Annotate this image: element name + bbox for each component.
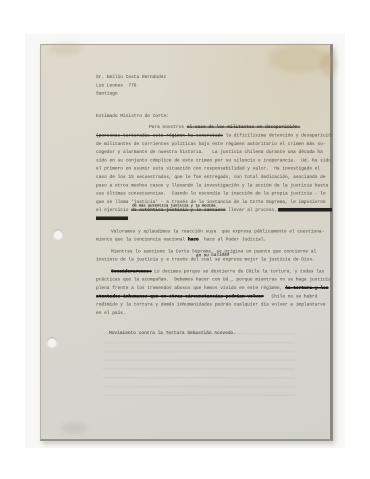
text-run: el ejercicio bbox=[96, 208, 131, 213]
paragraph-4: Consideraremos: Lo decimos porque se des… bbox=[96, 267, 332, 317]
recipient-address: Sr. Emilio Costa Hernández Los Leones 77… bbox=[96, 73, 332, 98]
struck-text: el caso de los militantes en desaparició… bbox=[187, 125, 300, 130]
letter-line: prácticas que la acompañan. Debemos hace… bbox=[96, 276, 332, 284]
text-run: en el país. bbox=[96, 310, 126, 315]
redaction-bar bbox=[96, 217, 128, 221]
letter-line: miento que la conciencia nacional hace h… bbox=[96, 236, 332, 244]
letter-line: Valoramos y aplaudimos la reacción suya … bbox=[96, 227, 332, 235]
struck-text: la tortura y los bbox=[285, 286, 328, 291]
recipient-name: Sr. Emilio Costa Hernández bbox=[96, 73, 332, 81]
paragraph-3: Mientras lo sancione la Corte Suprema, s… bbox=[96, 247, 332, 264]
letter-line: caso de los 15 secuestrados, que le fue … bbox=[96, 173, 332, 181]
paragraph-1: Para nosotros el caso de los militantes … bbox=[96, 123, 332, 223]
letter-line: redimido y la tortura y demás inhumanida… bbox=[96, 301, 332, 309]
struck-text: atentados inhumanos que en otras circuns… bbox=[96, 294, 263, 299]
letter-line: sido en su conjunto cómplice de este cri… bbox=[96, 156, 332, 164]
letter-line: Consideraremos: Lo decimos porque se des… bbox=[96, 267, 332, 275]
letter-line: (personas torturadas este régimen ha con… bbox=[96, 131, 332, 139]
text-run: Valoramos y aplaudimos la reacción suya … bbox=[111, 229, 324, 234]
overtyped-text: hace bbox=[188, 237, 199, 242]
signature-line: Movimiento contra la Tortura Sebastián A… bbox=[96, 329, 332, 337]
text-run: Estimado Ministro de Corte: bbox=[96, 113, 169, 118]
letter-line: atentados inhumanos que en otras circuns… bbox=[96, 292, 332, 300]
text-run: sido en su conjunto cómplice de este cri… bbox=[96, 158, 331, 163]
typed-insertion: de más auténtica justicia y la medida bbox=[132, 202, 215, 210]
text-run: Chile no se habrá bbox=[263, 294, 317, 299]
handwritten-annotation: en su calidad bbox=[196, 251, 229, 260]
letter-content: Sr. Emilio Costa Hernández Los Leones 77… bbox=[96, 73, 332, 421]
text-run: Movimiento contra la Tortura Sebastián A… bbox=[109, 331, 236, 336]
text-run: caso de los 15 secuestrados, que le fue … bbox=[96, 174, 326, 179]
paragraph-2: Valoramos y aplaudimos la reacción suya … bbox=[96, 227, 332, 244]
letter-line: sus últimas consecuencias. Cuando lo esc… bbox=[96, 190, 332, 198]
text-run: sus últimas consecuencias. Cuando lo esc… bbox=[96, 191, 326, 196]
letter-line: paso a otros muchos casos y llevando la … bbox=[96, 181, 332, 189]
text-run: Para nosotros bbox=[149, 125, 187, 130]
letter-page: Sr. Emilio Costa Hernández Los Leones 77… bbox=[40, 44, 333, 441]
text-run: cogedor y alarmante de nuestra historia.… bbox=[96, 150, 323, 155]
recipient-city: Santiago bbox=[96, 90, 332, 98]
text-run: Los Leones 776 bbox=[96, 83, 137, 88]
text-run: la dificilísima detención y desaparición bbox=[223, 133, 332, 138]
text-run: llevar al proceso, bbox=[226, 208, 277, 213]
text-run: Sr. Emilio Costa Hernández bbox=[96, 75, 166, 80]
salutation: Estimado Ministro de Corte: bbox=[96, 112, 332, 120]
text-run: el primero en asumir esta situación con … bbox=[96, 166, 320, 171]
letter-line: de más auténtica justicia y la medidael … bbox=[96, 206, 332, 214]
text-run: de militantes de corrientes políticas ba… bbox=[96, 141, 326, 146]
letter-line: el primero en asumir esta situación con … bbox=[96, 165, 332, 173]
text-run: prácticas que la acompañan. Debemos hace… bbox=[96, 277, 331, 282]
text-run: Lo decimos porque se destierre de Chile … bbox=[152, 269, 325, 274]
hole-punch-top bbox=[53, 229, 63, 239]
text-run: plena frente a los tremendos abusos que … bbox=[96, 286, 285, 291]
text-run: miento que la conciencia nacional bbox=[96, 237, 188, 242]
letter-line: cogedor y alarmante de nuestra historia.… bbox=[96, 148, 332, 156]
letter-line: en su calidadinstinto de la justicia y a… bbox=[96, 256, 332, 264]
text-run: Santiago bbox=[96, 91, 118, 96]
letter-line: Para nosotros el caso de los militantes … bbox=[96, 123, 332, 131]
text-run: redimido y la tortura y demás inhumanida… bbox=[96, 302, 326, 307]
letter-line: plena frente a los tremendos abusos que … bbox=[96, 284, 332, 292]
struck-text: Consideraremos: bbox=[111, 269, 152, 274]
text-run: paso a otros muchos casos y llevando la … bbox=[96, 183, 328, 188]
letter-line: de militantes de corrientes políticas ba… bbox=[96, 140, 332, 148]
recipient-street: Los Leones 776 bbox=[96, 81, 332, 89]
struck-text: (personas torturadas este régimen ha con… bbox=[96, 133, 223, 138]
letter-line bbox=[96, 214, 332, 222]
text-run: hace al Poder Judicial. bbox=[199, 237, 267, 242]
letter-line: en el país. bbox=[96, 309, 332, 317]
paper-stain bbox=[49, 43, 81, 55]
paper-stain bbox=[61, 423, 87, 433]
redaction-bar bbox=[278, 208, 332, 212]
hole-punch-bottom bbox=[47, 337, 57, 347]
